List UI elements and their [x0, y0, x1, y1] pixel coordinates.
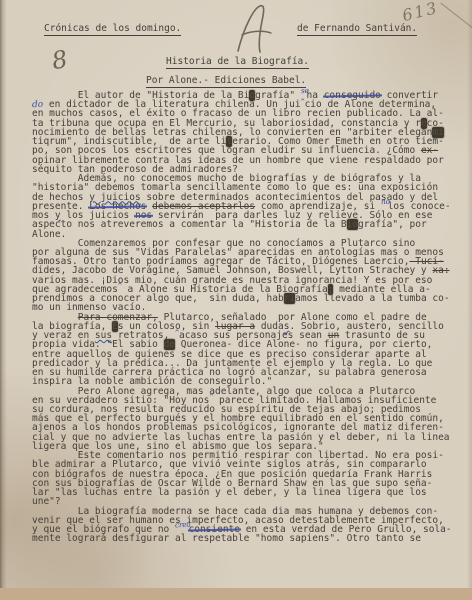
typed-line: lar "las luchas entre la pasión y el deb…	[32, 488, 468, 497]
edit-mark-crt: ^	[175, 329, 179, 338]
series-heading: Crónicas de los domingo.	[44, 24, 181, 33]
article-subtitle: Por Alone.- Ediciones Babel.	[146, 76, 306, 85]
edit-mark-bs: consiente	[189, 525, 240, 534]
edit-mark-bs: conseguido	[324, 91, 381, 100]
edit-mark-ts: xa:	[432, 265, 449, 276]
typed-line: mente logrará desfigurar al respetable "…	[32, 534, 468, 543]
typed-line: aspecto nos atreveremos a comentar la "H…	[32, 220, 468, 229]
paper-sheet: 613 8 Crónicas de los domingo. de Fernan…	[0, 0, 472, 588]
article-subtitle-text: Por Alone.- Ediciones Babel.	[146, 75, 306, 88]
margin-number: 8	[50, 45, 70, 75]
author-heading: de Fernando Santiván.	[297, 24, 417, 33]
corner-fold-line	[440, 3, 472, 31]
handwritten-letter-a	[233, 3, 275, 59]
scanned-typescript-page: { "page": { "header": { "left": "Crónica…	[0, 0, 472, 600]
series-heading-text: Crónicas de los domingo.	[44, 23, 181, 36]
edit-mark-crt: ^	[209, 393, 213, 402]
edit-mark-bl: io	[347, 219, 358, 230]
edit-mark-crt: ^	[301, 98, 305, 107]
typescript-body: El autor de "Historia de la Biografía" s…	[32, 91, 468, 543]
edit-mark-bs: nos	[135, 211, 152, 220]
edit-mark-crt: ^	[118, 282, 122, 291]
folio-number: 613	[400, 0, 440, 25]
edit-mark-bhm: do	[32, 101, 44, 111]
author-heading-text: de Fernando Santiván.	[297, 23, 417, 36]
article-title-text: Historia de la Biografía.	[166, 56, 309, 69]
edit-mark-bh: se	[301, 86, 309, 96]
letter-a-glyph	[233, 3, 275, 55]
typed-text: aspecto nos atreveremos a comentar la "H…	[32, 219, 347, 230]
typed-text: lar "las luchas entre la pasión y el deb…	[32, 487, 427, 498]
typed-text: amos llevado a la tumba co-	[295, 293, 449, 304]
edit-mark-bh: no	[381, 197, 390, 207]
typed-text: grafía", por	[358, 219, 427, 230]
edit-mark-bl: rí	[284, 293, 295, 304]
article-title: Historia de la Biografía.	[166, 57, 309, 66]
